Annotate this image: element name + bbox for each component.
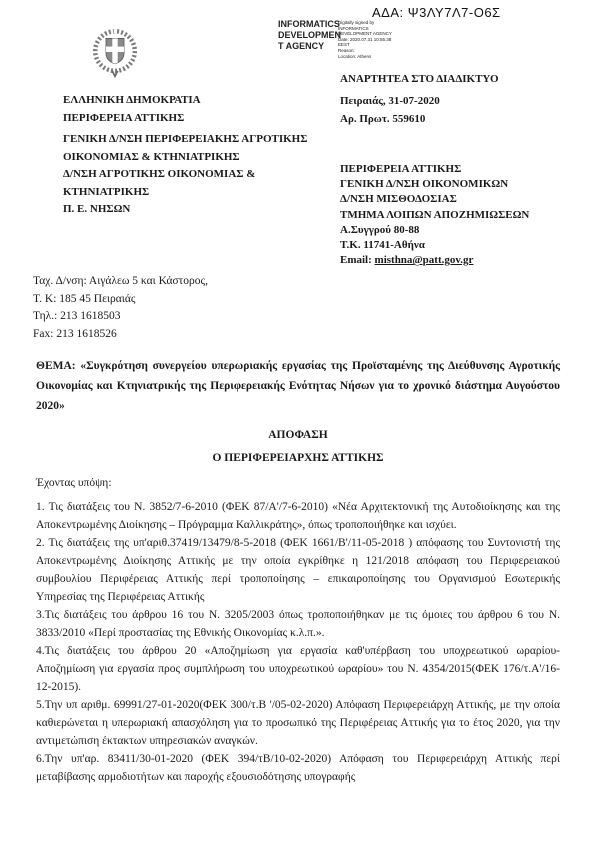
considering-intro: Έχοντας υπόψη: — [36, 477, 560, 489]
contact-info-block: Ταχ. Δ/νση: Αιγάλεω 5 και Κάστορος, Τ. Κ… — [33, 273, 208, 343]
document-page: ΑΔΑ: Ψ3ΛΥ7Λ7-Ο6Σ INFORMATICS DEVELOPMEN … — [0, 0, 595, 842]
org-line: ΤΜΗΜΑ ΛΟΙΠΩΝ ΑΠΟΖΗΜΙΩΣΕΩΝ — [340, 208, 529, 223]
publish-notice: ΑΝΑΡΤΗΤΕΑ ΣΤΟ ΔΙΑΔΙΚΤΥΟ — [340, 73, 499, 85]
ada-code: ΑΔΑ: Ψ3ΛΥ7Λ7-Ο6Σ — [372, 5, 501, 20]
greek-national-emblem-icon — [88, 25, 142, 84]
stamp-agency-line: T AGENCY — [278, 41, 338, 52]
subject-text: «Συγκρότηση συνεργείου υπερωριακής εργασ… — [36, 360, 560, 412]
org-line: Α.Συγγρού 80-88 — [340, 223, 529, 238]
legal-basis-item: 1. Τις διατάξεις του Ν. 3852/7-6-2010 (Φ… — [36, 498, 560, 534]
legal-basis-list: 1. Τις διατάξεις του Ν. 3852/7-6-2010 (Φ… — [36, 498, 560, 786]
place-date: Πειραιάς, 31-07-2020 — [340, 92, 440, 110]
signature-stamp-agency: INFORMATICS DEVELOPMEN T AGENCY — [278, 19, 338, 52]
email-label: Email: — [340, 254, 372, 266]
org-line: Τ.Κ. 11741-Αθήνα — [340, 238, 529, 253]
org-line: ΠΕΡΙΦΕΡΕΙΑ ΑΤΤΙΚΗΣ — [63, 110, 201, 128]
org-line: Δ/ΝΣΗ ΜΙΣΘΟΔΟΣΙΑΣ — [340, 192, 529, 207]
decision-title: ΑΠΟΦΑΣΗ — [36, 429, 560, 441]
issuing-authority-top: ΕΛΛΗΝΙΚΗ ΔΗΜΟΚΡΑΤΙΑ ΠΕΡΙΦΕΡΕΙΑ ΑΤΤΙΚΗΣ — [63, 92, 201, 127]
contact-address: Ταχ. Δ/νση: Αιγάλεω 5 και Κάστορος, — [33, 273, 208, 291]
stamp-agency-line: INFORMATICS — [278, 19, 338, 30]
org-line: ΓΕΝΙΚΗ Δ/ΝΣΗ ΟΙΚΟΝΟΜΙΚΩΝ — [340, 177, 529, 192]
legal-basis-item: 2. Τις διατάξεις της υπ'αριθ.37419/13479… — [36, 534, 560, 606]
org-line: ΠΕΡΙΦΕΡΕΙΑ ΑΤΤΙΚΗΣ — [340, 162, 529, 177]
decision-subtitle: Ο ΠΕΡΙΦΕΡΕΙΑΡΧΗΣ ΑΤΤΙΚΗΣ — [36, 452, 560, 464]
org-line: ΚΤΗΝΙΑΤΡΙΚΗΣ — [63, 184, 307, 202]
stamp-agency-line: DEVELOPMEN — [278, 30, 338, 41]
subject-label: ΘΕΜΑ: — [36, 360, 76, 372]
legal-basis-item: 6.Την υπ'αρ. 83411/30-01-2020 (ΦΕΚ 394/τ… — [36, 750, 560, 786]
email-link[interactable]: misthna@patt.gov.gr — [375, 254, 474, 266]
org-line: ΕΛΛΗΝΙΚΗ ΔΗΜΟΚΡΑΤΙΑ — [63, 92, 201, 110]
issuing-authority-directorate: ΓΕΝΙΚΗ Δ/ΝΣΗ ΠΕΡΙΦΕΡΕΙΑΚΗΣ ΑΓΡΟΤΙΚΗΣ ΟΙΚ… — [63, 131, 307, 219]
email-line: Email: misthna@patt.gov.gr — [340, 253, 529, 268]
contact-postal-code: Τ. Κ: 185 45 Πειραιάς — [33, 291, 208, 309]
org-line: Δ/ΝΣΗ ΑΓΡΟΤΙΚΗΣ ΟΙΚΟΝΟΜΙΑΣ & — [63, 166, 307, 184]
contact-fax: Fax: 213 1618526 — [33, 326, 208, 344]
org-line: Π. Ε. ΝΗΣΩΝ — [63, 201, 307, 219]
stamp-detail-line: Location: Athens — [338, 54, 433, 60]
protocol-number: Αρ. Πρωτ. 559610 — [340, 110, 440, 128]
date-protocol-block: Πειραιάς, 31-07-2020 Αρ. Πρωτ. 559610 — [340, 92, 440, 128]
contact-phone: Τηλ.: 213 1618503 — [33, 308, 208, 326]
org-line: ΟΙΚΟΝΟΜΙΑΣ & ΚΤΗΝΙΑΤΡΙΚΗΣ — [63, 149, 307, 167]
subject-paragraph: ΘΕΜΑ: «Συγκρότηση συνεργείου υπερωριακής… — [36, 356, 560, 416]
signature-stamp-details: Digitally signed by INFORMATICS DEVELOPM… — [338, 20, 433, 59]
legal-basis-item: 4.Τις διατάξεις του άρθρου 20 «Αποζημίωσ… — [36, 642, 560, 696]
document-body: ΘΕΜΑ: «Συγκρότηση συνεργείου υπερωριακής… — [36, 356, 560, 786]
recipient-authority-block: ΠΕΡΙΦΕΡΕΙΑ ΑΤΤΙΚΗΣ ΓΕΝΙΚΗ Δ/ΝΣΗ ΟΙΚΟΝΟΜΙ… — [340, 162, 529, 268]
org-line: ΓΕΝΙΚΗ Δ/ΝΣΗ ΠΕΡΙΦΕΡΕΙΑΚΗΣ ΑΓΡΟΤΙΚΗΣ — [63, 131, 307, 149]
legal-basis-item: 5.Την υπ αριθμ. 69991/27-01-2020(ΦΕΚ 300… — [36, 696, 560, 750]
legal-basis-item: 3.Τις διατάξεις του άρθρου 16 του Ν. 320… — [36, 606, 560, 642]
